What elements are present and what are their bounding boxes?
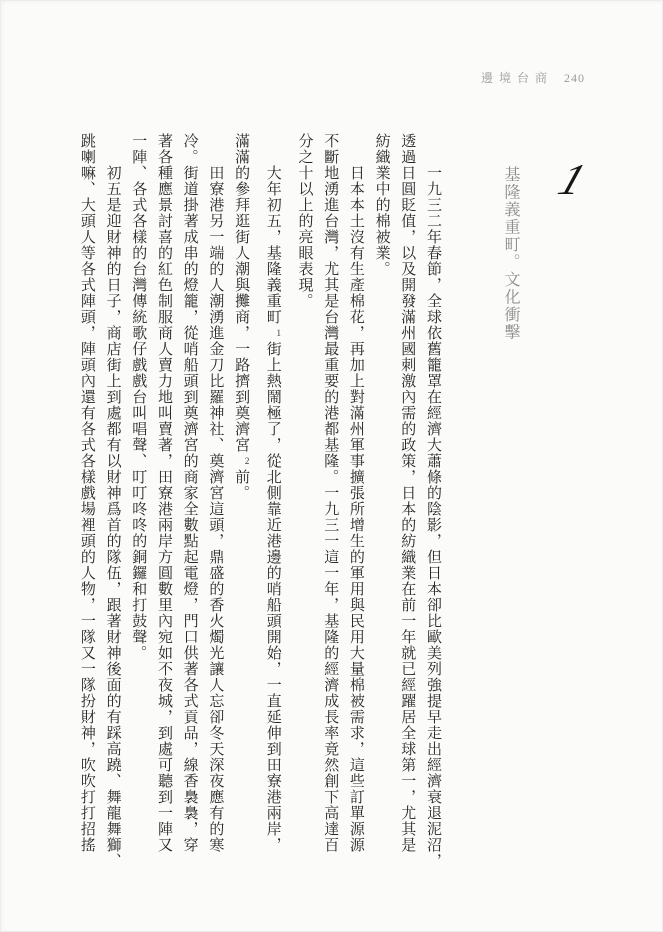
text-column-6: 分之十以上的亮眼表現。 bbox=[291, 133, 317, 875]
text-column-8: 滿滿的參拜逛街人潮與攤商，一路擠到奠濟宮2前。 bbox=[227, 133, 259, 875]
text-column-11: 著各種應景討喜的紅色制服商人賣力地叫賣著，田寮港兩岸方圓數里內宛如不夜城，到處可… bbox=[150, 133, 176, 875]
footnote-marker-1: 1 bbox=[274, 328, 284, 338]
text-segment: 街上熱鬧極了，從北側靠近港邊的哨船頭開始，一直延伸到田寮港兩岸， bbox=[265, 341, 281, 853]
text-column-7: 大年初五，基隆義重町1街上熱鬧極了，從北側靠近港邊的哨船頭開始，一直延伸到田寮港… bbox=[259, 133, 291, 875]
text-column-3: 紡織業中的棉被業。 bbox=[368, 133, 394, 875]
text-column-1: 一九三二年春節，全球依舊籠罩在經濟大蕭條的陰影，但日本卻比歐美列強提早走出經濟衰… bbox=[419, 133, 445, 875]
text-segment: 大年初五，基隆義重町 bbox=[265, 165, 281, 325]
footnote-marker-2: 2 bbox=[242, 456, 252, 466]
text-column-14: 跳喇嘛、大頭人等各式陣頭，陣頭內還有各式各樣戲場裡頭的人物，一隊又一隊扮財神，吹… bbox=[73, 133, 99, 875]
chapter-title: 基隆義重町。文化衝擊 bbox=[499, 166, 522, 341]
text-column-5: 不斷地湧進台灣，尤其是台灣最重要的港都基隆。一九三一這一年，基隆的經濟成長率竟然… bbox=[316, 133, 342, 875]
text-segment: 前。 bbox=[233, 469, 249, 501]
page-number: 240 bbox=[564, 71, 585, 85]
book-page: 邊境台商 240 1 基隆義重町。文化衝擊 一九三二年春節，全球依舊籠罩在經濟大… bbox=[0, 0, 663, 932]
text-column-9: 田寮港另一端的人潮湧進金刀比羅神社、奠濟宮這頭，鼎盛的香火燭光讓人忘卻冬天深夜應… bbox=[202, 133, 228, 875]
body-text: 一九三二年春節，全球依舊籠罩在經濟大蕭條的陰影，但日本卻比歐美列強提早走出經濟衰… bbox=[73, 133, 445, 875]
running-header: 邊境台商 240 bbox=[481, 69, 585, 86]
text-column-2: 透過日圓貶值，以及開發滿州國刺激內需的政策，日本的紡織業在前一年就已經躍居全球第… bbox=[394, 133, 420, 875]
text-column-10: 冷。街道掛著成串的燈籠，從哨船頭到奠濟宮的商家全數點起電燈，門口供著各式貢品，線… bbox=[176, 133, 202, 875]
text-column-4: 日本本土沒有生產棉花，再加上對滿州軍事擴張所增生的軍用與民用大量棉被需求，這些訂… bbox=[342, 133, 368, 875]
text-segment: 滿滿的參拜逛街人潮與攤商，一路擠到奠濟宮 bbox=[233, 133, 249, 453]
chapter-number: 1 bbox=[553, 158, 591, 202]
book-title: 邊境台商 bbox=[481, 71, 553, 85]
text-column-13: 初五是迎財神的日子，商店街上到處都有以財神爲首的隊伍，跟著財神後面的有踩高蹺、舞… bbox=[99, 133, 125, 875]
text-column-12: 一陣、各式各樣的台灣傳統歌仔戲戲台叫唱聲、叮叮咚咚的銅鑼和打鼓聲。 bbox=[125, 133, 151, 875]
